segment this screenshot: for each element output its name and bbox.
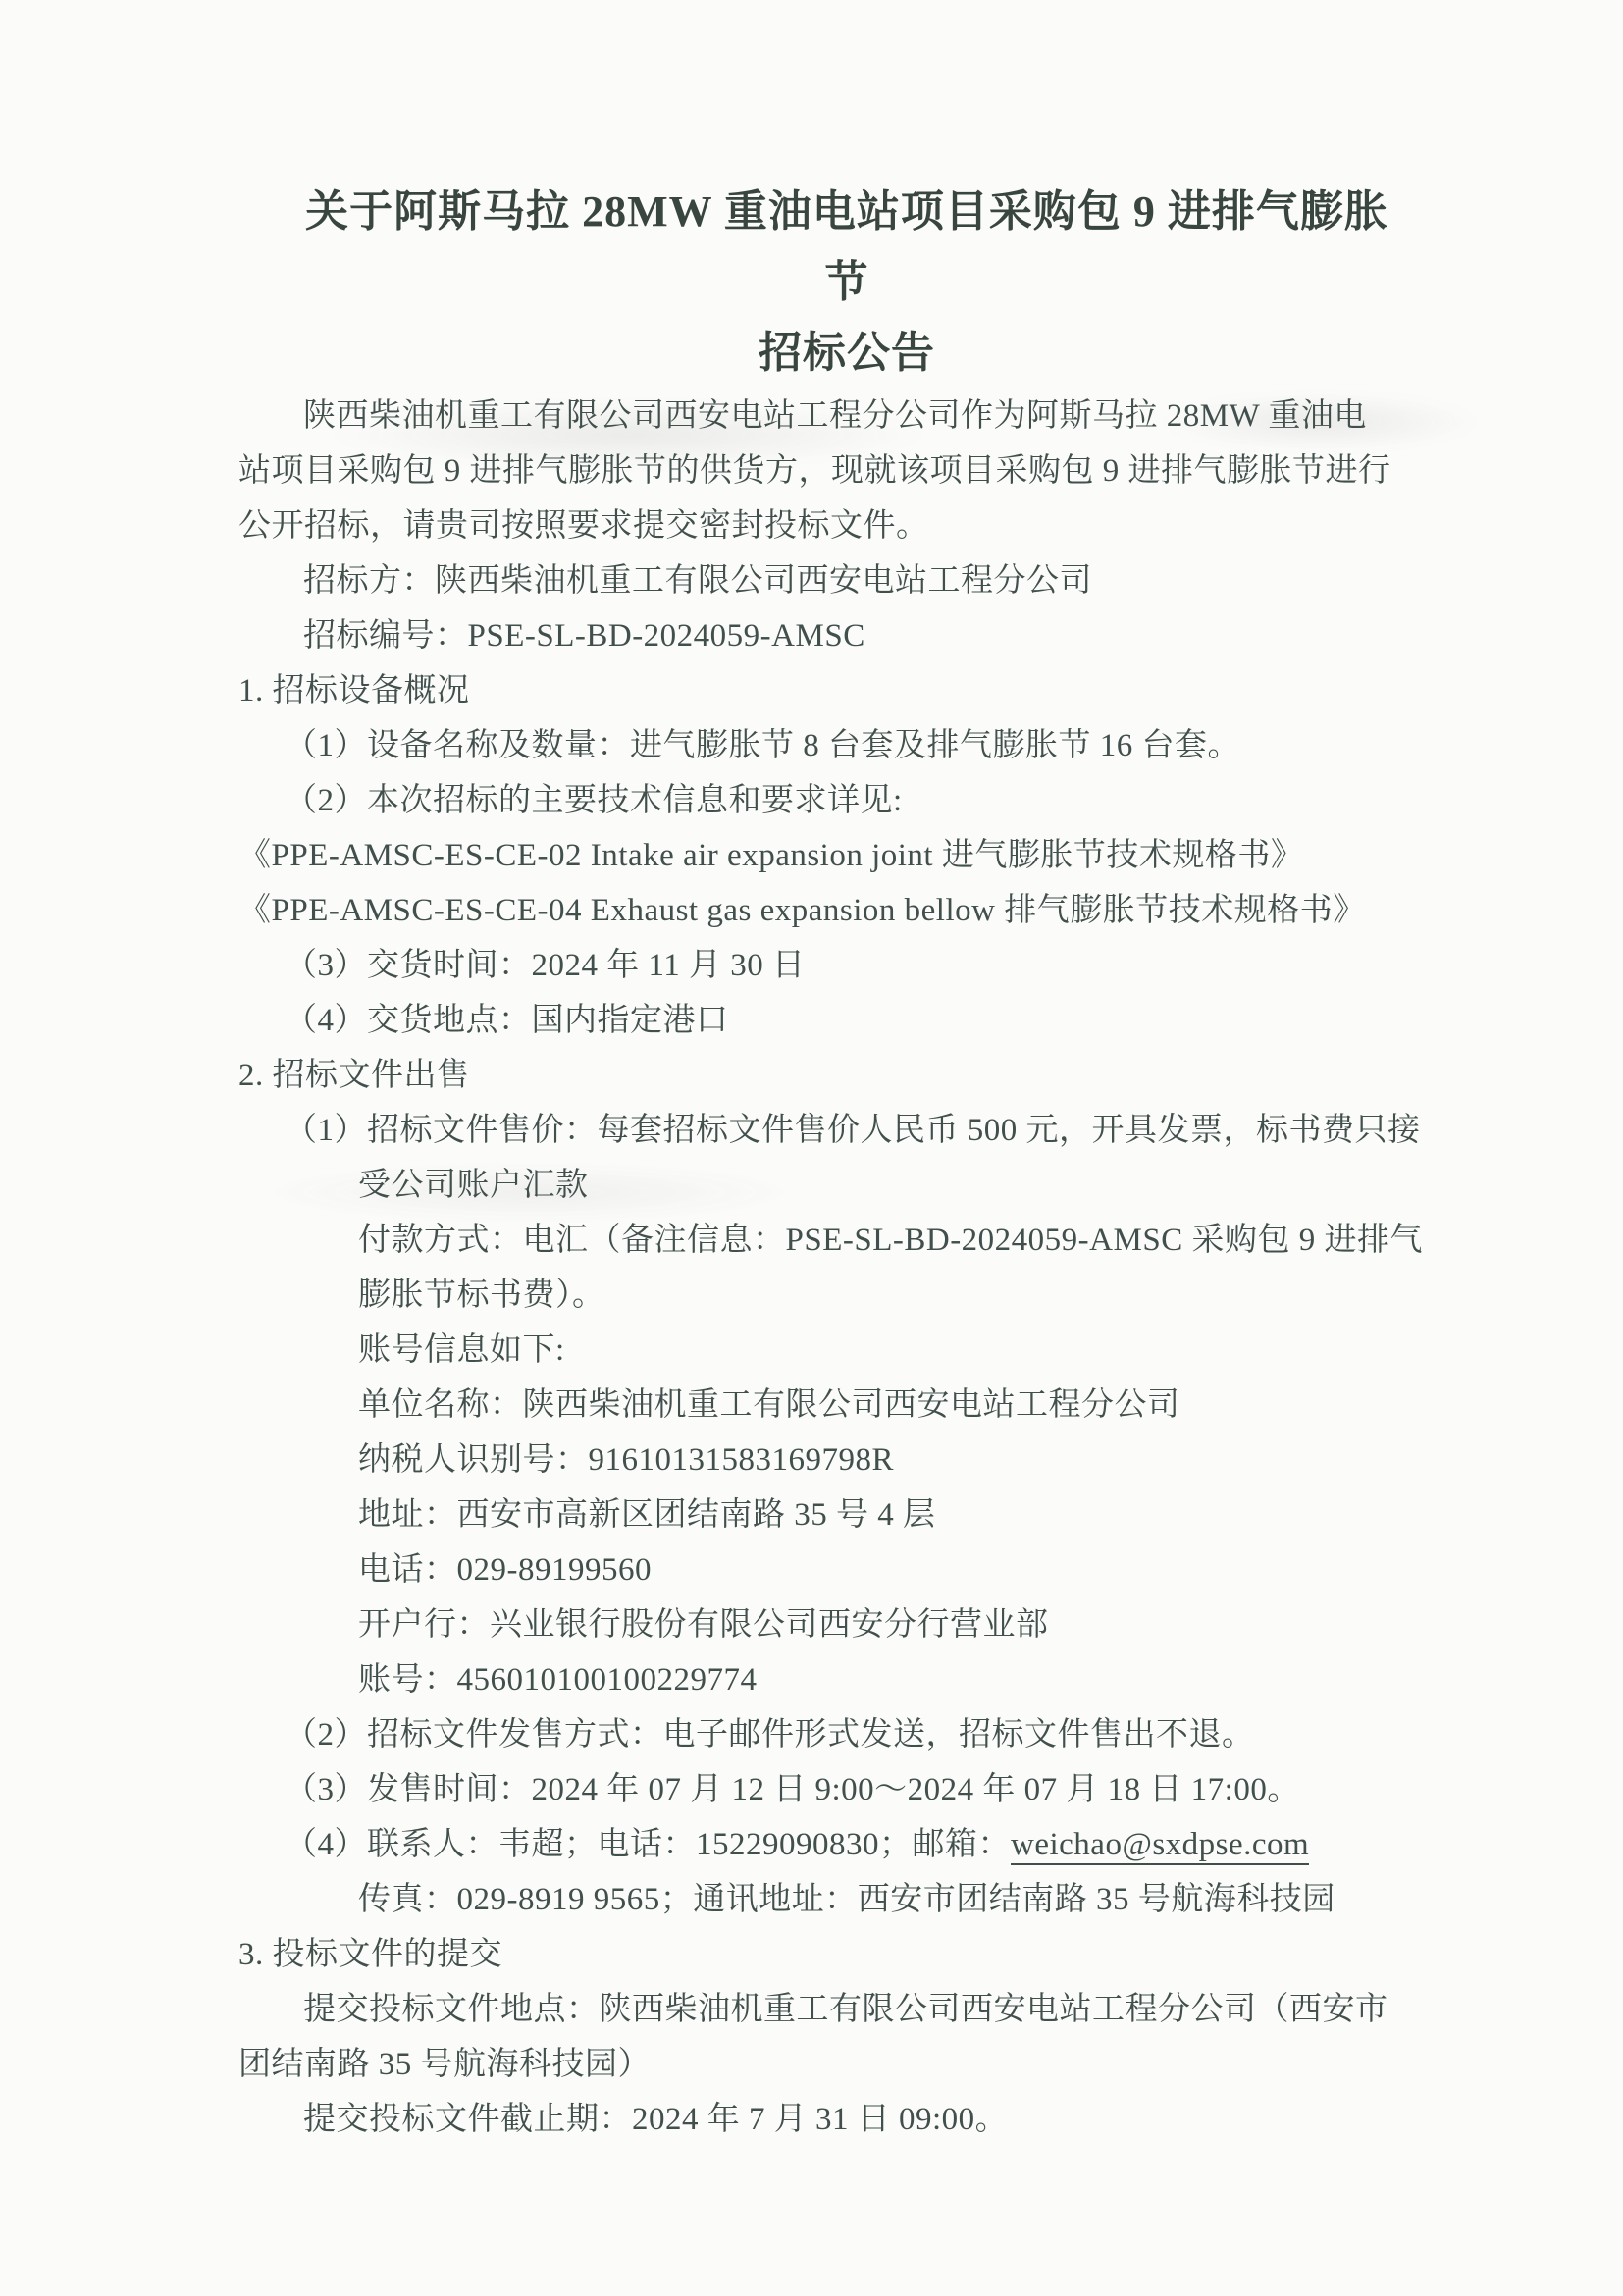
tenderer-line: 招标方：陕西柴油机重工有限公司西安电站工程分公司 [303, 553, 1401, 608]
section-3-heading: 3. 投标文件的提交 [238, 1927, 1401, 1982]
submission-deadline-line: 提交投标文件截止期：2024 年 7 月 31 日 09:00。 [303, 2092, 1401, 2147]
payment-method-line: 付款方式：电汇（备注信息：PSE-SL-BD-2024059-AMSC 采购包 … [358, 1213, 1401, 1268]
section-1-heading: 1. 招标设备概况 [238, 663, 1401, 718]
tax-id-line: 纳税人识别号：91610131583169798R [358, 1433, 1401, 1487]
title-line-2: 招标公告 [292, 318, 1401, 389]
tender-number-line: 招标编号：PSE-SL-BD-2024059-AMSC [303, 608, 1401, 663]
phone-line: 电话：029-89199560 [358, 1542, 1401, 1597]
account-info-label: 账号信息如下: [358, 1323, 1401, 1378]
submission-place-line: 提交投标文件地点：陕西柴油机重工有限公司西安电站工程分公司（西安市 [303, 1982, 1401, 2037]
list-item: （3）发售时间：2024 年 07 月 12 日 9:00～2024 年 07 … [285, 1762, 1401, 1817]
list-item: （4）交货地点：国内指定港口 [285, 993, 1401, 1048]
list-item: （1）招标文件售价：每套招标文件售价人民币 500 元，开具发票，标书费只接 [285, 1103, 1401, 1158]
title-line-1: 关于阿斯马拉 28MW 重油电站项目采购包 9 进排气膨胀节 [292, 177, 1401, 318]
contact-line-text: （4）联系人：韦超；电话：15229090830；邮箱： [285, 1827, 1011, 1862]
list-item: （2）本次招标的主要技术信息和要求详见: [285, 773, 1401, 828]
account-company-line: 单位名称：陕西柴油机重工有限公司西安电站工程分公司 [358, 1378, 1401, 1433]
account-number-line: 账号：456010100100229774 [358, 1652, 1401, 1707]
intro-paragraph-line: 站项目采购包 9 进排气膨胀节的供货方，现就该项目采购包 9 进排气膨胀节进行 [238, 444, 1401, 498]
intro-paragraph-line: 公开招标，请贵司按照要求提交密封投标文件。 [238, 498, 1401, 553]
scanned-tender-document-page: 关于阿斯马拉 28MW 重油电站项目采购包 9 进排气膨胀节 招标公告 陕西柴油… [0, 0, 1623, 2296]
list-item: （1）设备名称及数量：进气膨胀节 8 台套及排气膨胀节 16 台套。 [285, 718, 1401, 773]
submission-place-line: 团结南路 35 号航海科技园） [238, 2037, 1401, 2092]
list-item-continuation: 受公司账户汇款 [358, 1158, 1401, 1213]
contact-line: （4）联系人：韦超；电话：15229090830；邮箱：weichao@sxdp… [285, 1817, 1401, 1872]
intro-paragraph-line: 陕西柴油机重工有限公司西安电站工程分公司作为阿斯马拉 28MW 重油电 [303, 389, 1401, 444]
section-2-heading: 2. 招标文件出售 [238, 1048, 1401, 1103]
bank-line: 开户行：兴业银行股份有限公司西安分行营业部 [358, 1597, 1401, 1652]
email-link[interactable]: weichao@sxdpse.com [1011, 1827, 1309, 1865]
list-item: （3）交货时间：2024 年 11 月 30 日 [285, 938, 1401, 993]
payment-method-line: 膨胀节标书费）。 [358, 1268, 1401, 1323]
list-item: （2）招标文件发售方式：电子邮件形式发送，招标文件售出不退。 [285, 1707, 1401, 1762]
spec-reference-line: 《PPE-AMSC-ES-CE-02 Intake air expansion … [238, 828, 1401, 883]
document-title: 关于阿斯马拉 28MW 重油电站项目采购包 9 进排气膨胀节 招标公告 [292, 177, 1401, 389]
spec-reference-line: 《PPE-AMSC-ES-CE-04 Exhaust gas expansion… [238, 883, 1401, 938]
document-content: 关于阿斯马拉 28MW 重油电站项目采购包 9 进排气膨胀节 招标公告 陕西柴油… [238, 177, 1401, 2147]
fax-address-line: 传真：029-8919 9565；通讯地址：西安市团结南路 35 号航海科技园 [358, 1872, 1401, 1927]
address-line: 地址：西安市高新区团结南路 35 号 4 层 [358, 1487, 1401, 1542]
